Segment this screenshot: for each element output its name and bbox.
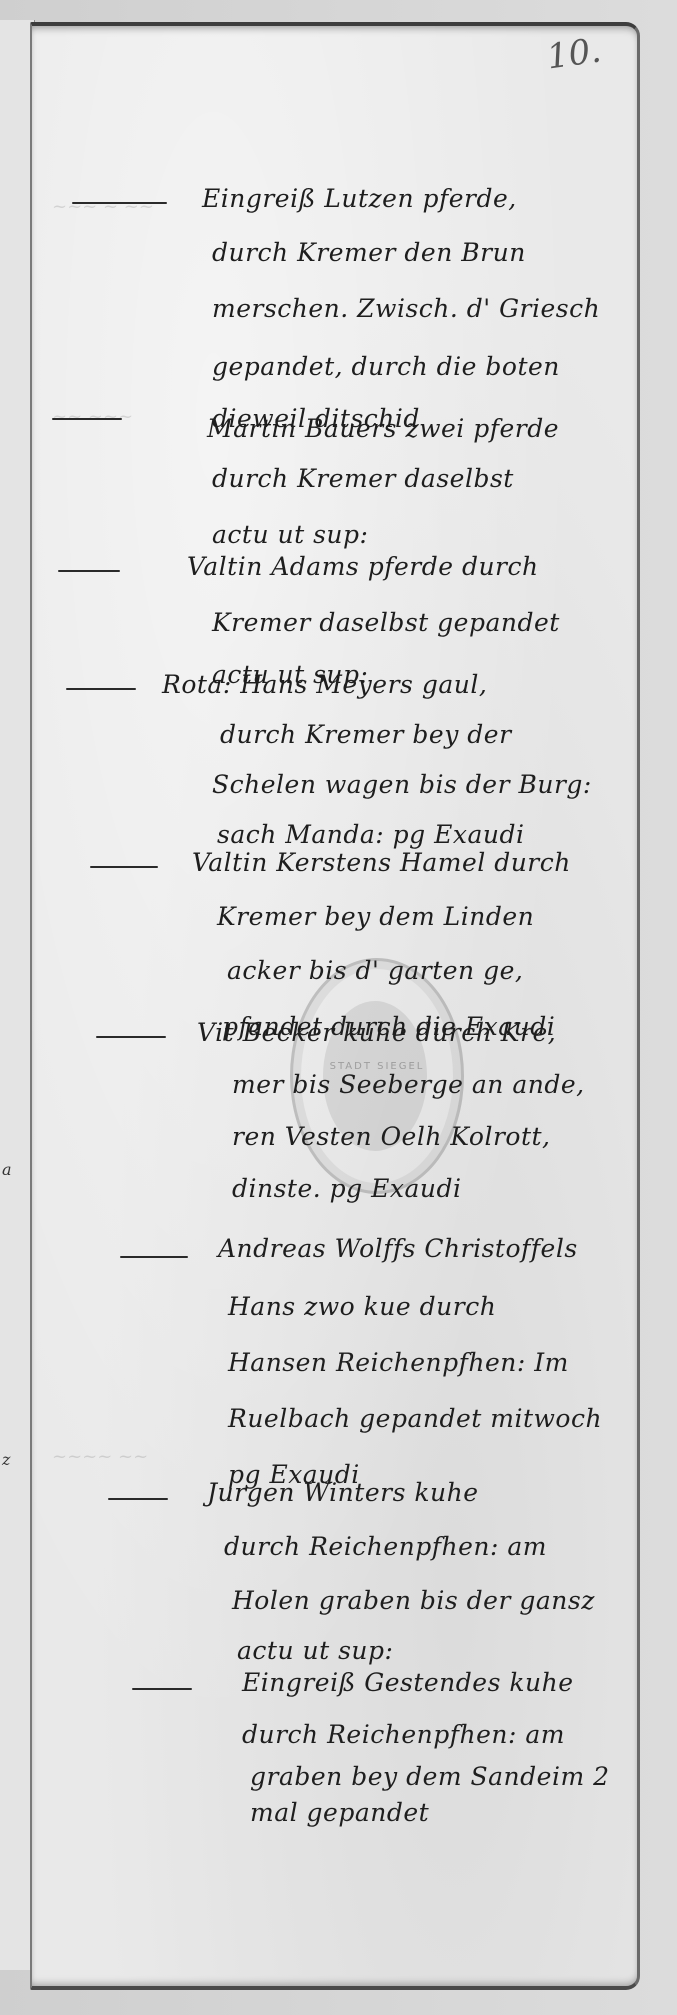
bleed-through-text: ~~ ~~~: [52, 406, 133, 427]
entry-line: Martin Bauers zwei pferde: [207, 414, 559, 443]
entry-line: Valtin Kerstens Hamel durch: [192, 848, 571, 877]
entry-line: Vit Becker kuhe durch Kre,: [197, 1018, 556, 1047]
margin-mark: z: [2, 1450, 10, 1469]
margin-mark: a: [2, 1160, 12, 1179]
bleed-through-text: ~~~ ~ ~~: [52, 196, 154, 217]
entry-line: Hans zwo kue durch: [228, 1292, 496, 1321]
entry-line: acker bis d' garten ge,: [227, 956, 523, 985]
entry-dash: [66, 688, 136, 690]
entry-line: mal gepandet: [250, 1798, 429, 1827]
entry-line: durch Reichenpfhen: am: [242, 1720, 565, 1749]
entry-dash: [132, 1688, 192, 1690]
entry-line: actu ut sup:: [212, 520, 368, 549]
entry-line: sach Manda: pg Exaudi: [217, 820, 524, 849]
entry-line: Andreas Wolffs Christoffels: [218, 1234, 578, 1263]
entry-line: ren Vesten Oelh Kolrott,: [232, 1122, 551, 1151]
entry-dash: [96, 1036, 166, 1038]
entry-dash: [108, 1498, 168, 1500]
entry-line: durch Kremer daselbst: [212, 464, 514, 493]
entry-line: Rota: Hans Meyers gaul,: [162, 670, 487, 699]
entry-line: durch Kremer den Brun: [212, 238, 526, 267]
bleed-through-text: ~~~~ ~~: [52, 1446, 148, 1467]
entry-dash: [90, 866, 158, 868]
entry-line: merschen. Zwisch. d' Griesch: [212, 294, 600, 323]
entry-line: Schelen wagen bis der Burg:: [212, 770, 592, 799]
entry-line: Eingreiß Gestendes kuhe: [242, 1668, 574, 1697]
entry-line: Holen graben bis der gansz: [232, 1586, 595, 1615]
entry-dash: [72, 202, 167, 204]
folio-number: 10.: [544, 30, 603, 77]
entry-line: graben bey dem Sandeim 2: [250, 1762, 610, 1791]
entry-line: Kremer bey dem Linden: [217, 902, 534, 931]
entry-line: Ruelbach gepandet mitwoch: [228, 1404, 602, 1433]
entry-line: actu ut sup:: [237, 1636, 393, 1665]
entry-dash: [58, 570, 120, 572]
entry-line: dinste. pg Exaudi: [232, 1174, 461, 1203]
entry-line: Hansen Reichenpfhen: Im: [228, 1348, 569, 1377]
entry-line: durch Kremer bey der: [220, 720, 512, 749]
entry-line: gepandet, durch die boten: [212, 352, 560, 381]
manuscript-page: 10. ~~~ ~ ~~ ~~ ~~~ ~~~~ ~~ STADT SIEGEL…: [30, 22, 640, 1990]
entry-line: Kremer daselbst gepandet: [212, 608, 560, 637]
entry-line: durch Reichenpfhen: am: [224, 1532, 547, 1561]
entry-line: Jurgen Winters kuhe: [207, 1478, 479, 1507]
entry-line: mer bis Seeberge an ande,: [232, 1070, 585, 1099]
entry-line: Valtin Adams pferde durch: [187, 552, 539, 581]
entry-dash: [52, 418, 122, 420]
entry-dash: [120, 1256, 188, 1258]
entry-line: Eingreiß Lutzen pferde,: [202, 184, 517, 213]
